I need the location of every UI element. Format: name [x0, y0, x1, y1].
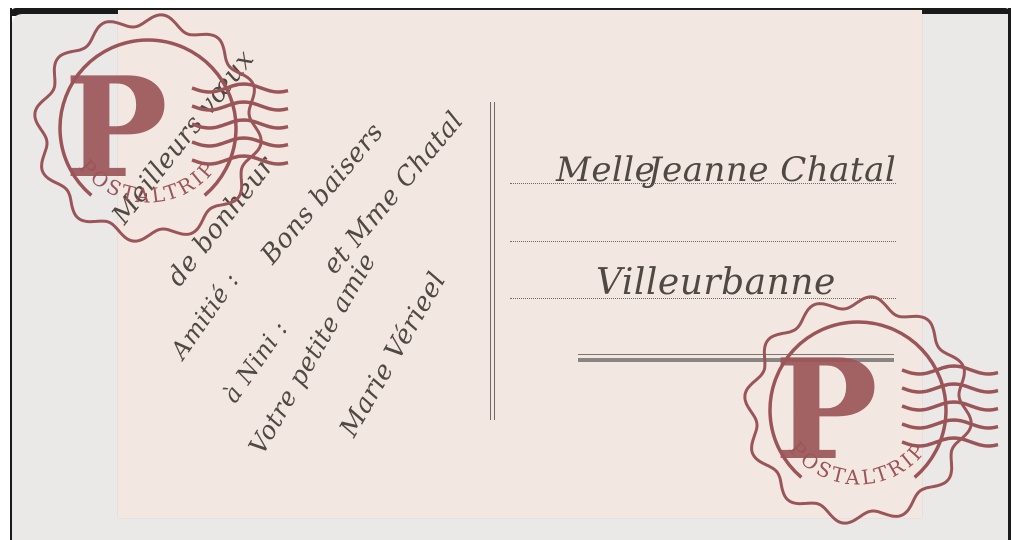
watermark-layer: PPOSTALTRIP PPOSTALTRIP: [0, 0, 1020, 540]
postaltrip-watermark-icon: PPOSTALTRIP: [745, 297, 998, 523]
postaltrip-watermark-icon: PPOSTALTRIP: [35, 15, 288, 241]
